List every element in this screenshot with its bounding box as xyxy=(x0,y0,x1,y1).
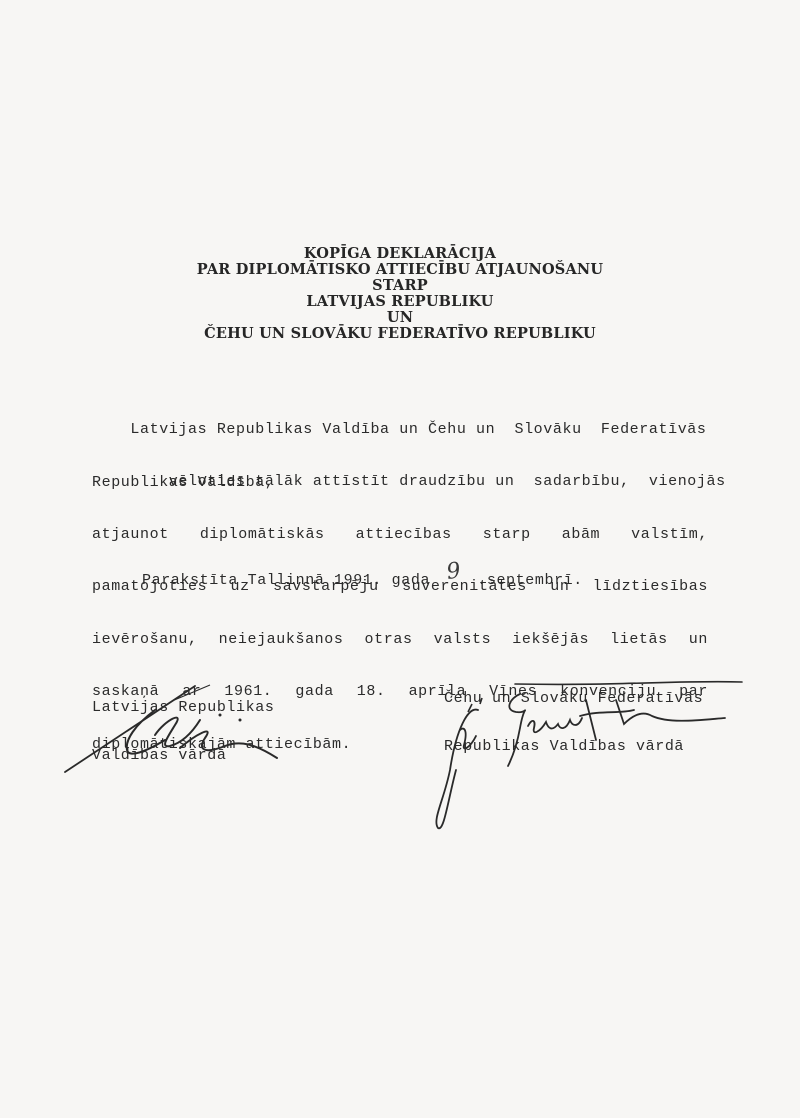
signed-prefix: Parakstīta Tallinnā 1991. gada xyxy=(142,572,440,589)
title-line-6: ČEHU UN SLOVĀKU FEDERATĪVO REPUBLIKU xyxy=(0,326,800,342)
title-line-3: STARP xyxy=(0,278,800,294)
signatory-czechoslovakia: Čehu un Slovāku Federatīvās Republikas V… xyxy=(444,659,703,771)
signed-suffix: .septembrī. xyxy=(468,572,583,589)
paragraph-line: Latvijas Republikas Valdība un Čehu un S… xyxy=(92,421,708,439)
signatory-line: Latvijas Republikas xyxy=(92,700,274,716)
signatory-latvia: Latvijas Republikas Valdības vārdā xyxy=(92,668,274,780)
title-line-4: LATVIJAS REPUBLIKU xyxy=(0,294,800,310)
title-line-1: KOPĪGA DEKLARĀCIJA xyxy=(0,246,800,262)
handwritten-day: 9 xyxy=(438,557,469,586)
signatory-line: Valdības vārdā xyxy=(92,748,274,764)
paragraph-line: ievērošanu, neiejaukšanos otras valsts i… xyxy=(92,631,708,649)
signing-place-date: Parakstīta Tallinnā 1991. gada 9 .septem… xyxy=(142,565,583,590)
document-title: KOPĪGA DEKLARĀCIJA PAR DIPLOMĀTISKO ATTI… xyxy=(0,246,800,342)
signatory-line: Čehu un Slovāku Federatīvās xyxy=(444,691,703,707)
paragraph-line: atjaunot diplomātiskās attiecības starp … xyxy=(92,526,708,544)
title-line-2: PAR DIPLOMĀTISKO ATTIECĪBU ATJAUNOŠANU xyxy=(0,262,800,278)
signatory-line: Republikas Valdības vārdā xyxy=(444,739,703,755)
paragraph-line: vēloties tālāk attīstīt draudzību un sad… xyxy=(92,473,708,491)
title-line-5: UN xyxy=(0,310,800,326)
